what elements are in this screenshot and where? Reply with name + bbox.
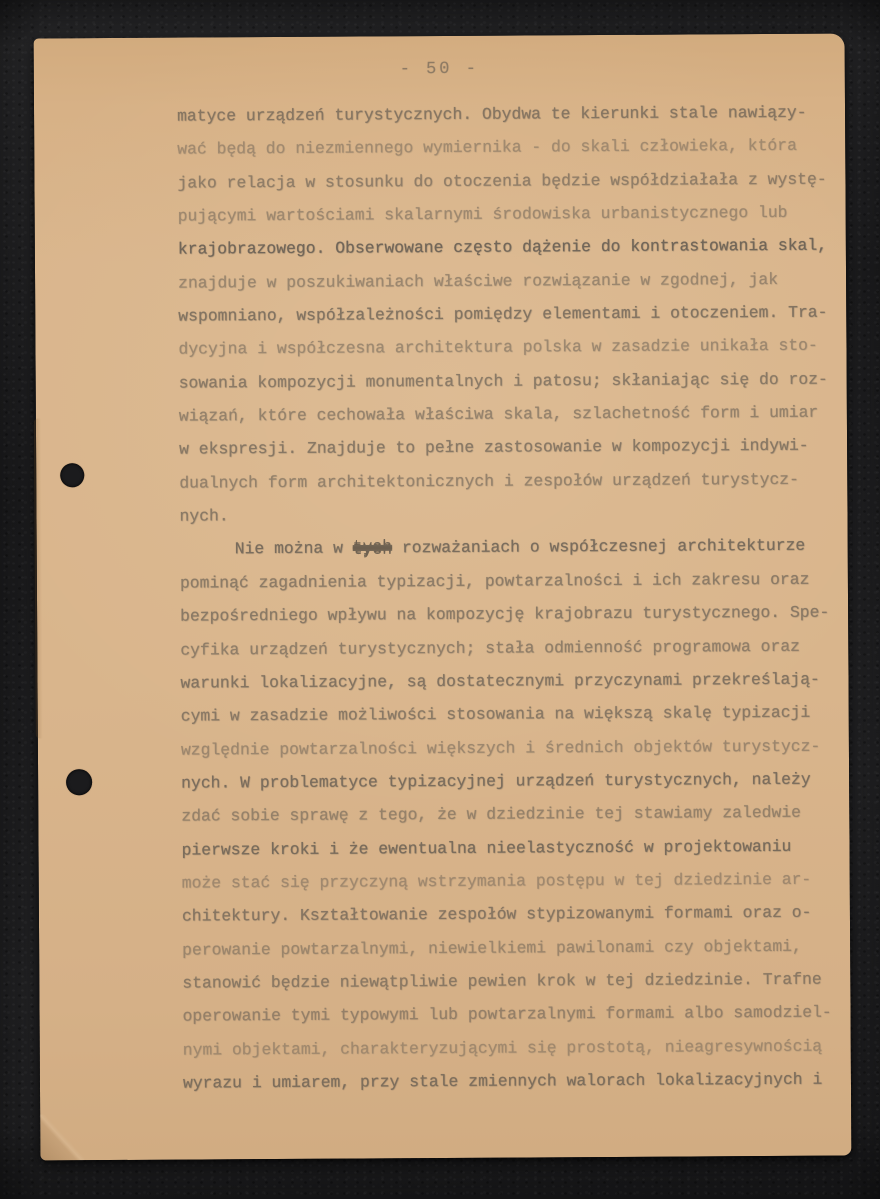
text-line: matyce urządzeń turystycznych. Obydwa te… xyxy=(177,96,832,133)
page-fold-corner xyxy=(40,1114,84,1160)
hole-punch-top xyxy=(60,463,84,487)
text-line: wspomniano, współzależności pomiędzy ele… xyxy=(178,296,833,333)
scanned-document-photo: { "colors": { "background": "#212123", "… xyxy=(0,0,880,1199)
text-line: jako relacja w stosunku do otoczenia będ… xyxy=(177,162,832,199)
text-line: wyrazu i umiarem, przy stale zmiennych w… xyxy=(183,1063,838,1100)
text-line: wiązań, które cechowała właściwa skala, … xyxy=(179,396,834,433)
text-line: krajobrazowego. Obserwowane często dążen… xyxy=(178,229,833,266)
hole-punch-bottom xyxy=(66,769,92,795)
text-line: cymi w zasadzie możliwości stosowania na… xyxy=(181,696,836,733)
page-edge-wear xyxy=(34,418,46,738)
text-line: nych. xyxy=(179,496,834,533)
text-line: dualnych form architektonicznych i zespo… xyxy=(179,462,834,499)
text-line: dycyjna i współczesna architektura polsk… xyxy=(178,329,833,366)
text-line: wać będą do niezmiennego wymiernika - do… xyxy=(177,129,832,166)
text-line: perowanie powtarzalnymi, niewielkiemi pa… xyxy=(182,929,837,966)
text-line: stanowić będzie niewątpliwie pewien krok… xyxy=(182,963,837,1000)
text-line: pominąć zagadnienia typizacji, powtarzal… xyxy=(180,562,835,599)
text-line: cyfika urządzeń turystycznych; stała odm… xyxy=(180,629,835,666)
text-block: matyce urządzeń turystycznych. Obydwa te… xyxy=(177,96,838,1100)
text-line: względnie powtarzalności większych i śre… xyxy=(181,729,836,766)
text-line: zdać sobie sprawę z tego, że w dziedzini… xyxy=(181,796,836,833)
text-line: znajduje w poszukiwaniach właściwe rozwi… xyxy=(178,262,833,299)
text-line: operowanie tymi typowymi lub powtarzalny… xyxy=(182,996,837,1033)
text-line: pierwsze kroki i że ewentualna nieelasty… xyxy=(181,829,836,866)
text-line: w ekspresji. Znajduje to pełne zastosowa… xyxy=(179,429,834,466)
text-line: bezpośredniego wpływu na kompozycję kraj… xyxy=(180,596,835,633)
text-line: pującymi wartościami skalarnymi środowis… xyxy=(178,196,833,233)
page-number: - 50 - xyxy=(400,60,479,79)
text-line: sowania kompozycji monumentalnych i pato… xyxy=(179,362,834,399)
document-page: - 50 - matyce urządzeń turystycznych. Ob… xyxy=(34,34,852,1161)
text-line: chitektury. Kształtowanie zespołów stypi… xyxy=(182,896,837,933)
text-line: nymi objektami, charakteryzującymi się p… xyxy=(183,1029,838,1066)
text-line: może stać się przyczyną wstrzymania post… xyxy=(182,863,837,900)
text-line: Nie można w tych rozważaniach o współcze… xyxy=(180,529,835,566)
text-line: nych. W problematyce typizacyjnej urządz… xyxy=(181,762,836,799)
struck-out-word: tych xyxy=(353,539,392,558)
text-line: warunki lokalizacyjne, są dostatecznymi … xyxy=(180,662,835,699)
